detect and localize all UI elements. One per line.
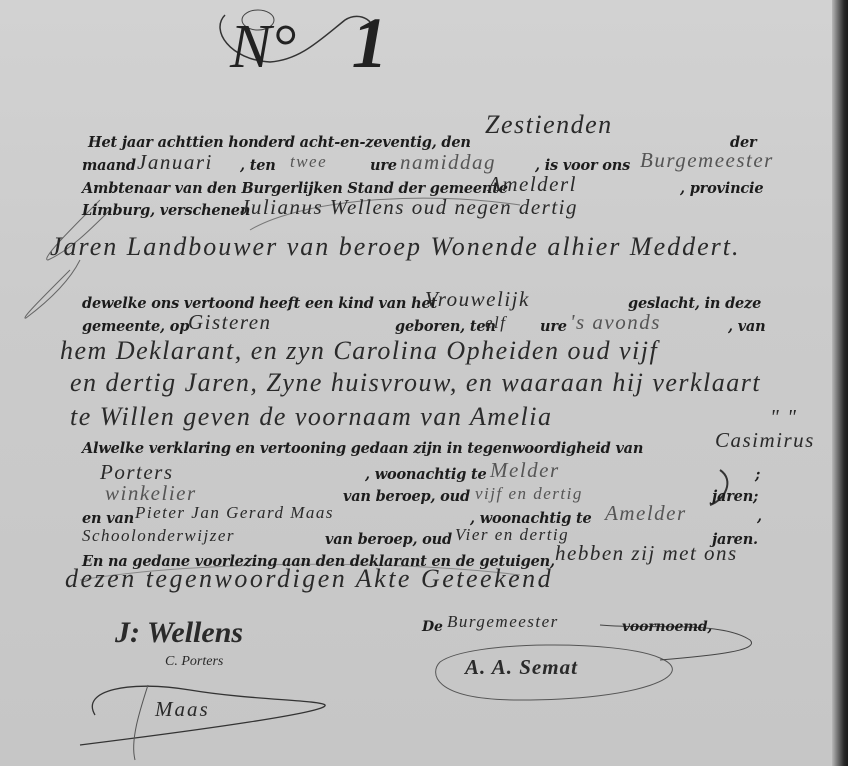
line-4-hand: Julianus Wellens oud negen dertig	[240, 195, 578, 220]
line-13-beroep: van beroep, oud	[343, 488, 470, 505]
line-14-en-van: en van	[82, 510, 134, 527]
line-2-ure: ure	[370, 157, 397, 174]
line-2-title: Burgemeester	[640, 148, 774, 173]
line-15-beroep: van beroep, oud	[325, 531, 452, 548]
document-number: N° 1	[230, 2, 388, 85]
line-12-place: Melder	[490, 458, 560, 483]
line-15-age: Vier en dertig	[455, 525, 569, 545]
line-7-gemeente: gemeente, op	[82, 318, 189, 335]
line-1-day: Zestienden	[485, 110, 613, 140]
line-1-printed: Het jaar achttien honderd acht-en-zevent…	[88, 134, 471, 151]
signature-porters: C. Porters	[165, 654, 223, 670]
line-7-time: 's avonds	[570, 310, 661, 335]
line-6-sex: Vrouwelijk	[425, 287, 530, 312]
line-14-witness2-name: Pieter Jan Gerard Maas	[135, 503, 334, 523]
line-3-provincie: , provincie	[680, 180, 763, 197]
line-7-hour: elf	[485, 313, 507, 333]
line-13-jaren: jaren;	[712, 488, 758, 505]
line-2-maand: maand	[82, 157, 136, 174]
number-label: N°	[230, 13, 296, 81]
line-17-hand: dezen tegenwoordigen Akte Geteekend	[65, 564, 553, 594]
line-16-hand: hebben zij met ons	[555, 541, 738, 566]
mayor-prefix: De	[422, 619, 443, 635]
line-7-day: Gisteren	[188, 310, 272, 335]
line-12-woonachtig: , woonachtig te	[365, 466, 487, 483]
line-14-end: ,	[757, 508, 762, 525]
line-15-occupation: Schoolonderwijzer	[82, 526, 235, 546]
line-5-hand: Jaren Landbouwer van beroep Wonende alhi…	[50, 232, 741, 262]
line-11-witness1-firstname: Casimirus	[715, 428, 815, 453]
signature-wellens: J: Wellens	[115, 616, 243, 650]
line-2-ten: , ten	[240, 157, 276, 174]
line-7-ure: ure	[540, 318, 567, 335]
mayor-signature: A. A. Semat	[465, 655, 578, 680]
line-14-place: Amelder	[605, 501, 687, 526]
line-9-hand: en dertig Jaren, Zyne huisvrouw, en waar…	[70, 368, 761, 398]
document-page: N° 1 Het jaar achttien honderd acht-en-z…	[0, 0, 848, 766]
signature-maas: Maas	[155, 697, 210, 722]
line-10-hand: te Willen geven de voornaam van Amelia	[70, 402, 553, 432]
line-10-ditto: " "	[770, 405, 797, 430]
line-7-van: , van	[728, 318, 765, 335]
line-13-age: vijf en dertig	[475, 484, 583, 504]
line-8-hand: hem Deklarant, en zyn Carolina Opheiden …	[60, 336, 658, 366]
line-12-end: ;	[755, 466, 760, 483]
line-2-time: namiddag	[400, 150, 496, 175]
page-binding-edge	[832, 0, 848, 766]
line-4-printed: Limburg, verschenen	[82, 202, 250, 219]
number-value: 1	[352, 3, 388, 83]
mayor-voornoemd: voornoemd,	[622, 619, 712, 635]
line-2-month: Januari	[137, 150, 213, 175]
line-11-printed: Alwelke verklaring en vertooning gedaan …	[82, 440, 643, 457]
line-2-hour: twee	[290, 152, 327, 172]
line-3-place: Amelderl	[488, 172, 577, 197]
line-7-geboren: geboren, ten	[395, 318, 496, 335]
mayor-title: Burgemeester	[447, 612, 559, 632]
